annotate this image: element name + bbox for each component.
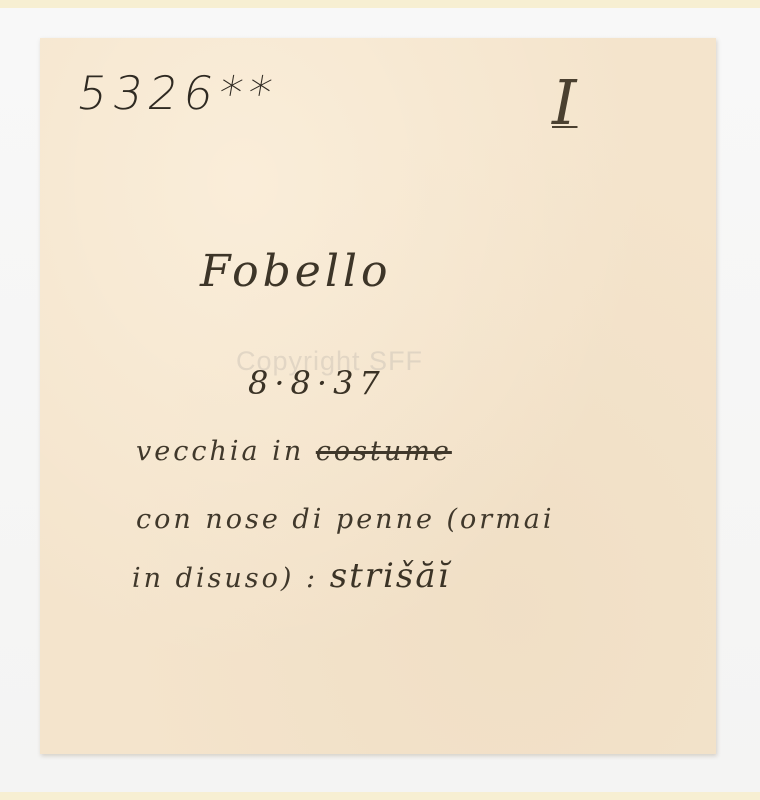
note-line-3-text: in disuso) : bbox=[132, 563, 330, 594]
roman-numeral: I bbox=[552, 66, 578, 139]
struck-word: costume bbox=[316, 436, 452, 467]
copyright-watermark: Copyright SFF bbox=[236, 346, 423, 377]
note-line-1: vecchia in costume bbox=[136, 436, 452, 467]
archive-card: 5326** I Fobello 8·8·37 vecchia in costu… bbox=[40, 38, 716, 754]
note-line-1-text: vecchia in bbox=[136, 436, 316, 467]
note-line-3: in disuso) : strišăĭ bbox=[132, 556, 451, 596]
dialect-term: strišăĭ bbox=[330, 556, 451, 596]
catalog-number: 5326** bbox=[73, 66, 282, 120]
top-edge-strip bbox=[0, 0, 760, 8]
note-line-2: con nose di penne (ormai bbox=[136, 504, 555, 535]
place-name: Fobello bbox=[200, 246, 391, 297]
bottom-edge-strip bbox=[0, 792, 760, 800]
